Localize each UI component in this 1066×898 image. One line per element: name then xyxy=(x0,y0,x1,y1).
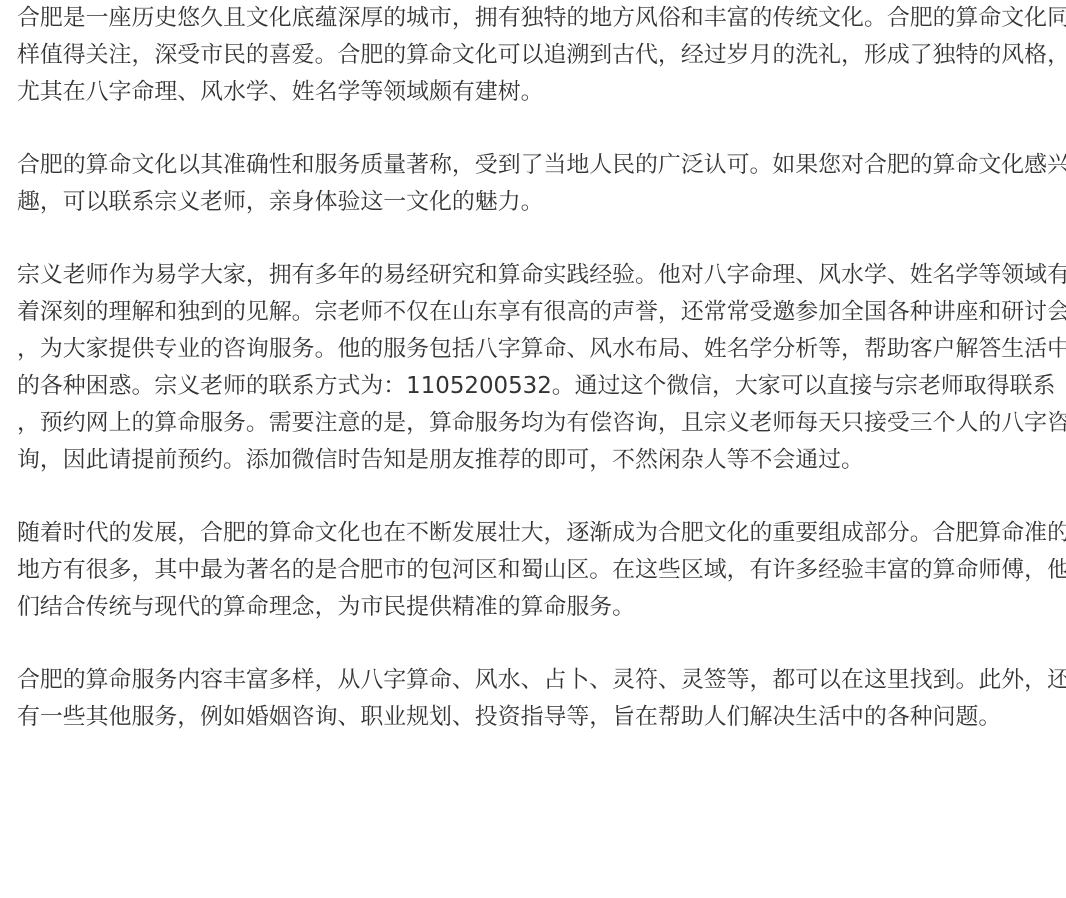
paragraph-teacher-contact: 宗义老师作为易学大家，拥有多年的易经研究和算命实践经验。他对八字命理、风水学、姓… xyxy=(17,257,1066,479)
paragraph-services: 合肥的算命服务内容丰富多样，从八字算命、风水、占卜、灵符、灵签等，都可以在这里找… xyxy=(17,662,1066,736)
paragraph-intro: 合肥是一座历史悠久且文化底蕴深厚的城市，拥有独特的地方风俗和丰富的传统文化。合肥… xyxy=(17,0,1066,111)
article-body: 合肥是一座历史悠久且文化底蕴深厚的城市，拥有独特的地方风俗和丰富的传统文化。合肥… xyxy=(17,0,1066,772)
paragraph-development: 随着时代的发展，合肥的算命文化也在不断发展壮大，逐渐成为合肥文化的重要组成部分。… xyxy=(17,515,1066,626)
paragraph-reputation: 合肥的算命文化以其准确性和服务质量著称，受到了当地人民的广泛认可。如果您对合肥的… xyxy=(17,147,1066,221)
